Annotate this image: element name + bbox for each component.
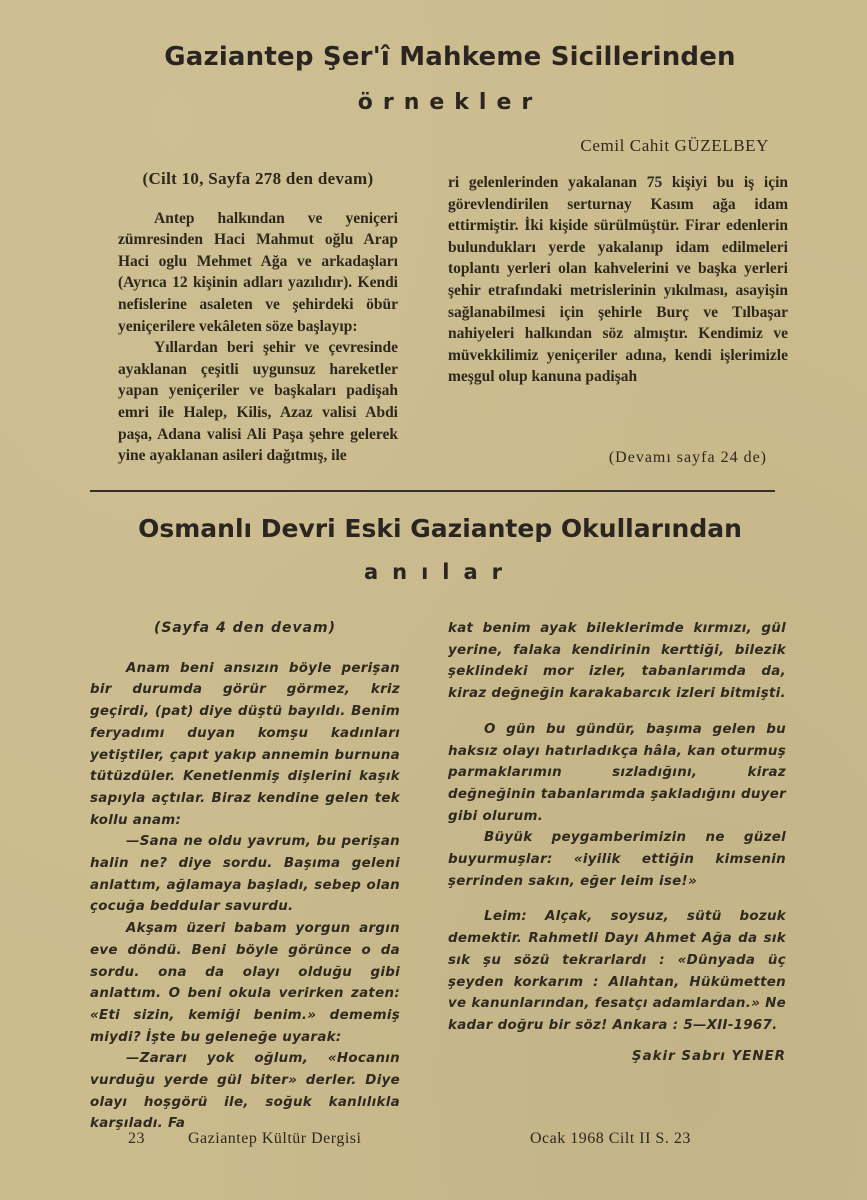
article2-subtitle: anılar	[90, 560, 790, 584]
paragraph: Akşam üzeri babam yorgun argın eve döndü…	[90, 918, 400, 1048]
footer-page-number: 23	[128, 1130, 145, 1148]
paragraph: Büyük peygamberimizin ne güzel buyurmuşl…	[448, 827, 786, 892]
paragraph: Antep halkından ve yeniçeri zümresinden …	[118, 208, 398, 338]
paragraph: —Zararı yok oğlum, «Hocanın vurduğu yerd…	[90, 1048, 400, 1135]
footer-magazine-name: Gaziantep Kültür Dergisi	[188, 1130, 361, 1148]
article1-subtitle: örnekler	[100, 90, 800, 115]
magazine-page: Gaziantep Şer'î Mahkeme Sicillerinden ör…	[0, 0, 867, 1200]
article1-continued-note: (Devamı sayfa 24 de)	[609, 449, 767, 467]
paragraph: O gün bu gündür, başıma gelen bu haksız …	[448, 719, 786, 828]
article2-author: Şakir Sabrı YENER	[448, 1046, 786, 1068]
article2-left-column: (Sayfa 4 den devam) Anam beni ansızın bö…	[90, 618, 400, 1135]
article2-right-column: kat benim ayak bileklerimde kırmızı, gül…	[448, 618, 786, 1067]
article1-author: Cemil Cahit GÜZELBEY	[580, 136, 769, 156]
article2-continuation-header: (Sayfa 4 den devam)	[90, 618, 400, 640]
article1-right-column: ri gelenlerinden yakalanan 75 kişiyi bu …	[448, 172, 788, 388]
footer-issue: Ocak 1968 Cilt II S. 23	[530, 1130, 691, 1148]
paragraph: kat benim ayak bileklerimde kırmızı, gül…	[448, 618, 786, 705]
article1-continuation-header: (Cilt 10, Sayfa 278 den devam)	[118, 168, 398, 190]
article1-left-column: (Cilt 10, Sayfa 278 den devam) Antep hal…	[118, 168, 398, 467]
paragraph: Anam beni ansızın böyle perişan bir duru…	[90, 658, 400, 832]
paragraph: —Sana ne oldu yavrum, bu perişan halin n…	[90, 831, 400, 918]
paragraph: Yıllardan beri şehir ve çevresinde ayakl…	[118, 337, 398, 467]
article2-title: Osmanlı Devri Eski Gaziantep Okullarında…	[90, 514, 790, 543]
paragraph: Leim: Alçak, soysuz, sütü bozuk demektir…	[448, 906, 786, 1036]
paragraph: ri gelenlerinden yakalanan 75 kişiyi bu …	[448, 172, 788, 388]
section-divider	[90, 490, 775, 492]
article1-title: Gaziantep Şer'î Mahkeme Sicillerinden	[100, 42, 800, 72]
